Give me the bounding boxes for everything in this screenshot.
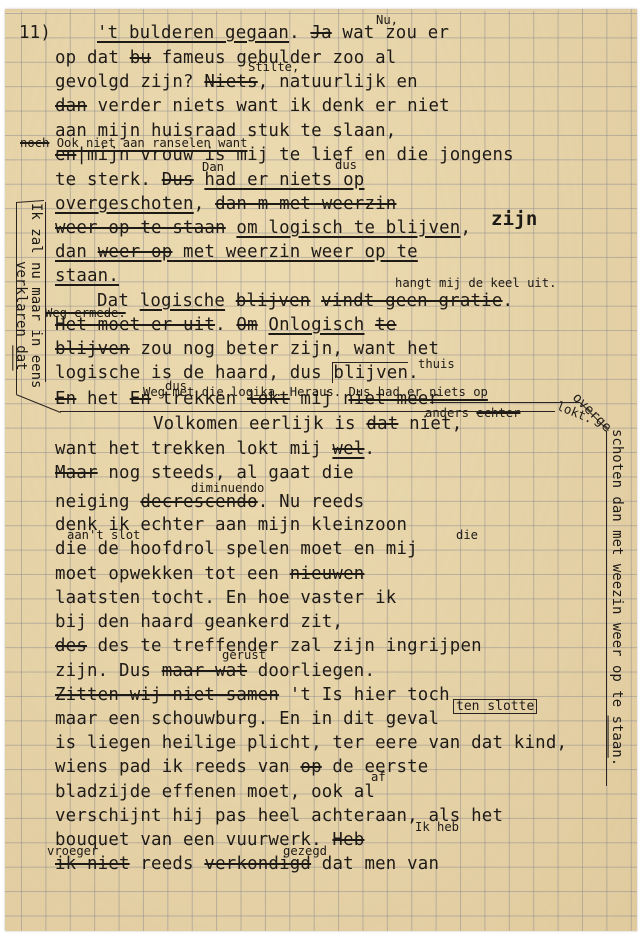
left-bracket-diag xyxy=(16,394,61,413)
text-line-24: laatsten tocht. En hoe vaster ik xyxy=(55,588,396,608)
text-line-29: maar een schouwburg. En in dit geval xyxy=(55,709,439,729)
text: moet opwekken tot een xyxy=(55,564,290,584)
text: neiging xyxy=(55,492,140,512)
text: laatsten tocht. En hoe vaster ik xyxy=(55,588,396,608)
text: op dat xyxy=(55,48,130,68)
struck-text: weer op xyxy=(98,242,173,262)
struck-text: maar wat xyxy=(162,661,247,681)
annotation-stilte: Stilte, xyxy=(248,61,299,74)
annotation-ten-slotte: ten slotte xyxy=(453,699,537,714)
text-line-19: Maar nog steeds, al gaat die xyxy=(55,463,354,483)
text xyxy=(310,291,321,311)
text: doorliegen. xyxy=(247,661,375,681)
text-line-11: staan. xyxy=(55,266,119,286)
struck-text: noch xyxy=(20,136,49,150)
text: bladzijde effenen moet, ook al xyxy=(55,782,375,802)
struck-text: dat xyxy=(366,414,398,434)
text-line-10: dan weer op met weerzin weer op te xyxy=(55,242,418,262)
text: , xyxy=(460,218,471,238)
text: 't Is hier toch xyxy=(279,685,450,705)
text-line-12: Dat logische blijven vindt geen gratie. xyxy=(97,291,513,311)
text: mij niet meer xyxy=(290,389,439,409)
struck-text: weer op te staan xyxy=(55,218,226,238)
struck-text: En xyxy=(55,389,76,409)
text-line-14: blijven zou nog beter zijn, want het xyxy=(55,339,439,359)
text-line-28: Zitten wij niet samen 't Is hier toch xyxy=(55,685,450,705)
struck-text: vindt geen gratie xyxy=(321,291,502,311)
text-line-18: want het trekken lokt mij wel. xyxy=(55,439,375,459)
text: zou nog beter zijn, want het xyxy=(130,339,439,359)
text: het xyxy=(76,389,129,409)
margin-note-left-2: verklaren dat xyxy=(14,261,28,371)
margin-note-right: schoten dan met weezin weer op te staan. xyxy=(610,429,624,766)
annotation-die: die xyxy=(456,529,478,542)
text: . Nu reeds xyxy=(258,492,365,512)
text-line-26: des des te treffender zal zijn ingrijpen xyxy=(55,636,482,656)
text: mijn vrouw is mij te lief en die jongens xyxy=(87,145,514,165)
struck-text: lokt xyxy=(247,389,290,409)
struck-text: op xyxy=(300,757,321,777)
text-line-16: En het En trekken lokt mij niet meer xyxy=(55,389,439,409)
text: zijn. Dus xyxy=(55,661,162,681)
boxed-text: blijven xyxy=(332,362,408,383)
struck-text: echter xyxy=(476,406,520,420)
struck-text: Niets xyxy=(204,72,257,92)
underlined-text: dat xyxy=(13,345,29,370)
struck-text: wel xyxy=(332,439,364,459)
text: met weerzin weer op te xyxy=(172,242,417,262)
text: . xyxy=(364,439,375,459)
struck-text: dan m met weerzin xyxy=(215,194,396,214)
text: . xyxy=(408,363,419,383)
text-line-13: Het moet er uit. Om Onlogisch te xyxy=(55,315,396,335)
struck-text: Heb xyxy=(332,830,364,850)
struck-text: en xyxy=(55,145,76,165)
text-line-3: gevolgd zijn? Niets, natuurlijk en xyxy=(55,72,418,92)
text: Volkomen eerlijk is xyxy=(153,414,366,434)
struck-text: En xyxy=(130,389,151,409)
text: reeds xyxy=(130,854,205,874)
annotation-hangt: hangt mij de keel uit. xyxy=(395,277,556,290)
text: verklaren xyxy=(13,261,29,345)
underlined-text: Onlogisch xyxy=(268,315,364,335)
text: nog steeds, al gaat die xyxy=(98,463,354,483)
page-number: 11) xyxy=(19,23,51,43)
text-line-9: weer op te staan om logisch te blijven, xyxy=(55,218,471,238)
annotation-ik-heb: Ik heb xyxy=(415,821,459,834)
underlined-text: staan. xyxy=(55,266,119,286)
annotation-thuis: thuis xyxy=(418,358,455,371)
text: niet, xyxy=(398,414,462,434)
left-bracket-inner xyxy=(45,202,46,382)
text: des te treffender zal zijn ingrijpen xyxy=(87,636,482,656)
text: die de hoofdrol spelen moet en mij xyxy=(55,539,418,559)
text: want het trekken lokt mij xyxy=(55,439,332,459)
text xyxy=(364,315,375,335)
underlined-text: om logisch te blijven xyxy=(236,218,460,238)
struck-text: des xyxy=(55,636,87,656)
struck-text: verkondigd xyxy=(204,854,311,874)
struck-text: bu xyxy=(130,48,151,68)
text-line-25: bij den haard geankerd zit, xyxy=(55,612,343,632)
struck-text: decrescendo xyxy=(140,492,257,512)
right-insert-line xyxy=(430,402,580,403)
struck-text: Zitten wij niet samen xyxy=(55,685,279,705)
struck-text: Dus xyxy=(162,170,194,190)
right-bracket-line xyxy=(606,431,607,786)
text: schoten dan met weezin weer op te xyxy=(609,429,625,716)
struck-text: Het moet er uit xyxy=(55,315,215,335)
struck-text: ik niet xyxy=(55,854,130,874)
text-line-20: neiging decrescendo. Nu reeds xyxy=(55,492,364,512)
text-line-35: ik niet reeds verkondigd dat men van xyxy=(55,854,439,874)
struck-text: Om xyxy=(236,315,257,335)
struck-text: Ja xyxy=(310,23,331,43)
text-line-8: overgeschoten, dan m met weerzin xyxy=(55,194,396,214)
text xyxy=(258,315,269,335)
text-line-6: en|mijn vrouw is mij te lief en die jong… xyxy=(55,145,514,165)
margin-note-left-1: Ik zal nu maar in eens xyxy=(29,203,43,388)
text xyxy=(194,170,205,190)
text: . xyxy=(215,315,236,335)
insertion-line xyxy=(60,411,555,412)
struck-text: blijven xyxy=(55,339,130,359)
text-line-17: Volkomen eerlijk is dat niet, xyxy=(153,414,462,434)
text: dat men van xyxy=(311,854,439,874)
text: . xyxy=(289,23,310,43)
struck-text: blijven xyxy=(236,291,311,311)
typescript-page: 11) 't bulderen gegaan. Ja wat zou er Nu… xyxy=(5,9,637,931)
text: logische is de haard, dus xyxy=(55,363,332,383)
text: maar een schouwburg. En in dit geval xyxy=(55,709,439,729)
text: trekken xyxy=(151,389,247,409)
text-line-15: logische is de haard, dus blijven. xyxy=(55,363,419,383)
text: dan xyxy=(55,242,98,262)
text-line-22: die de hoofdrol spelen moet en mij xyxy=(55,539,418,559)
text: verder niets want ik denk er niet xyxy=(87,96,450,116)
underlined-text: had er niets op xyxy=(204,170,364,190)
text-line-27: zijn. Dus maar wat doorliegen. xyxy=(55,661,375,681)
text-line-4: dan verder niets want ik denk er niet xyxy=(55,96,450,116)
underlined-text: staan xyxy=(609,716,625,758)
text: wiens pad ik reeds van xyxy=(55,757,300,777)
struck-text: te xyxy=(375,315,396,335)
annotation-nu: Nu, xyxy=(376,14,398,27)
text-line-30: is liegen heilige plicht, ter eere van d… xyxy=(55,733,567,753)
text-line-23: moet opwekken tot een nieuwen xyxy=(55,564,364,584)
text: te sterk. xyxy=(55,170,162,190)
struck-text: Maar xyxy=(55,463,98,483)
text: . xyxy=(503,291,514,311)
text-line-2: op dat bu fameus gebulder zoo al xyxy=(55,48,396,68)
annotation-zijn: zijn xyxy=(491,209,538,229)
struck-text: dan xyxy=(55,96,87,116)
text-line-7: te sterk. Dus had er niets op xyxy=(55,170,364,190)
underlined-text: 't bulderen gegaan xyxy=(97,23,289,43)
struck-text: nieuwen xyxy=(290,564,365,584)
text: is liegen heilige plicht, ter eere van d… xyxy=(55,733,567,753)
text xyxy=(226,218,237,238)
text: . xyxy=(609,758,625,766)
text: , xyxy=(194,194,215,214)
text-line-32: bladzijde effenen moet, ook al xyxy=(55,782,375,802)
underlined-text: logische xyxy=(140,291,225,311)
text: gevolgd zijn? xyxy=(55,72,204,92)
text: , natuurlijk en xyxy=(258,72,418,92)
text xyxy=(225,291,236,311)
text: bij den haard geankerd zit, xyxy=(55,612,343,632)
underlined-text: overgeschoten xyxy=(55,194,194,214)
